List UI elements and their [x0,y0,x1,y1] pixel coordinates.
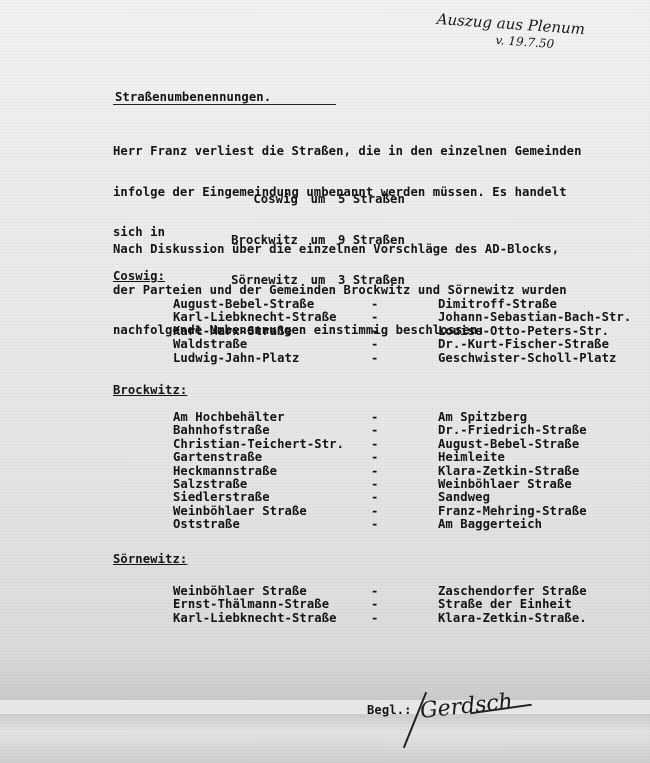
old-street-name: Bahnhofstraße [173,424,371,437]
renaming-row: Bahnhofstraße-Dr.-Friedrich-Straße [173,424,650,437]
renaming-row: Karl-Liebknecht-Straße-Klara-Zetkin-Stra… [173,612,650,625]
dash-separator: - [371,491,438,504]
new-street-name: Louise-Otto-Peters-Str. [438,325,650,338]
count-um: um [298,193,338,207]
new-street-name: Zaschendorfer Straße [438,585,650,598]
old-street-name: Karl-Marx-Straße [173,325,371,338]
renaming-row: Waldstraße-Dr.-Kurt-Fischer-Straße [173,338,650,351]
renaming-row: Oststraße-Am Baggerteich [173,518,650,531]
dash-separator: - [371,478,438,491]
renaming-row: Heckmannstraße-Klara-Zetkin-Straße [173,465,650,478]
new-street-name: Johann-Sebastian-Bach-Str. [438,311,650,324]
dash-separator: - [371,424,438,437]
old-street-name: Gartenstraße [173,451,371,464]
dash-separator: - [371,352,438,365]
paper-texture [0,0,650,763]
new-street-name: August-Bebel-Straße [438,438,650,451]
new-street-name: Klara-Zetkin-Straße [438,465,650,478]
old-street-name: Karl-Liebknecht-Straße [173,311,371,324]
old-street-name: Christian-Teichert-Str. [173,438,371,451]
new-street-name: Geschwister-Scholl-Platz [438,352,650,365]
scan-band [0,700,650,714]
renaming-list-coswig: August-Bebel-Straße-Dimitroff-StraßeKarl… [173,298,650,365]
new-street-name: Dimitroff-Straße [438,298,650,311]
renaming-row: Weinböhlaer Straße-Franz-Mehring-Straße [173,505,650,518]
new-street-name: Klara-Zetkin-Straße. [438,612,650,625]
certification-label: Begl.: [367,704,412,718]
intro-line: Herr Franz verliest die Straßen, die in … [113,145,582,159]
new-street-name: Am Spitzberg [438,411,650,424]
section-heading-soernewitz: Sörnewitz: [113,553,187,567]
old-street-name: Ludwig-Jahn-Platz [173,352,371,365]
section-heading-brockwitz: Brockwitz: [113,384,187,398]
old-street-name: Weinböhlaer Straße [173,585,371,598]
old-street-name: Waldstraße [173,338,371,351]
dash-separator: - [371,438,438,451]
dash-separator: - [371,612,438,625]
section-heading-coswig: Coswig: [113,270,165,284]
dash-separator: - [371,338,438,351]
document-title: Straßenumbenennungen. [115,91,271,105]
new-street-name: Dr.-Kurt-Fischer-Straße [438,338,650,351]
title-underline [113,104,336,105]
dash-separator: - [371,298,438,311]
old-street-name: August-Bebel-Straße [173,298,371,311]
old-street-name: Oststraße [173,518,371,531]
renaming-row: Weinböhlaer Straße-Zaschendorfer Straße [173,585,650,598]
old-street-name: Am Hochbehälter [173,411,371,424]
renaming-row: Siedlerstraße-Sandweg [173,491,650,504]
renaming-list-soernewitz: Weinböhlaer Straße-Zaschendorfer StraßeE… [173,585,650,625]
renaming-list-brockwitz: Am Hochbehälter-Am SpitzbergBahnhofstraß… [173,411,650,532]
dash-separator: - [371,505,438,518]
dash-separator: - [371,585,438,598]
new-street-name: Dr.-Friedrich-Straße [438,424,650,437]
old-street-name: Siedlerstraße [173,491,371,504]
old-street-name: Weinböhlaer Straße [173,505,371,518]
renaming-row: Am Hochbehälter-Am Spitzberg [173,411,650,424]
count-row: Coswig um 5 Straßen [202,193,405,207]
handwritten-note: Auszug aus Plenum v. 19.7.50 [435,11,586,55]
dash-separator: - [371,465,438,478]
dash-separator: - [371,411,438,424]
decision-line: Nach Diskussion über die einzelnen Vorsc… [113,243,567,257]
renaming-row: Karl-Marx-Straße-Louise-Otto-Peters-Str. [173,325,650,338]
renaming-row: Gartenstraße-Heimleite [173,451,650,464]
old-street-name: Karl-Liebknecht-Straße [173,612,371,625]
decision-line: der Parteien und der Gemeinden Brockwitz… [113,284,567,298]
dash-separator: - [371,598,438,611]
new-street-name: Heimleite [438,451,650,464]
dash-separator: - [371,325,438,338]
new-street-name: Franz-Mehring-Straße [438,505,650,518]
dash-separator: - [371,518,438,531]
new-street-name: Weinböhlaer Straße [438,478,650,491]
renaming-row: Salzstraße-Weinböhlaer Straße [173,478,650,491]
old-street-name: Heckmannstraße [173,465,371,478]
signature: Gerdsch [419,689,514,724]
renaming-row: August-Bebel-Straße-Dimitroff-Straße [173,298,650,311]
old-street-name: Salzstraße [173,478,371,491]
old-street-name: Ernst-Thälmann-Straße [173,598,371,611]
renaming-row: Christian-Teichert-Str.-August-Bebel-Str… [173,438,650,451]
count-value: 5 Straßen [338,193,405,207]
count-town: Coswig [202,193,298,207]
dash-separator: - [371,451,438,464]
renaming-row: Karl-Liebknecht-Straße-Johann-Sebastian-… [173,311,650,324]
new-street-name: Sandweg [438,491,650,504]
new-street-name: Am Baggerteich [438,518,650,531]
dash-separator: - [371,311,438,324]
renaming-row: Ludwig-Jahn-Platz-Geschwister-Scholl-Pla… [173,352,650,365]
renaming-row: Ernst-Thälmann-Straße-Straße der Einheit [173,598,650,611]
new-street-name: Straße der Einheit [438,598,650,611]
